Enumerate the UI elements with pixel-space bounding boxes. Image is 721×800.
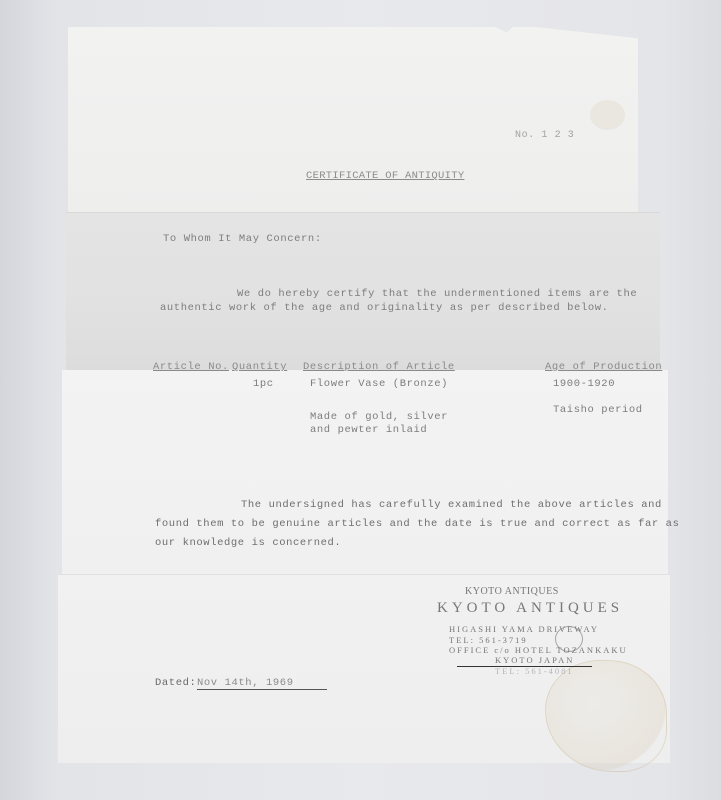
signature-line <box>457 666 592 667</box>
paper-fold-third <box>62 370 668 578</box>
row-age-line-3: Taisho period <box>553 404 643 416</box>
date-underline <box>197 689 327 690</box>
issuer-address-line-4: KYOTO JAPAN <box>495 655 574 665</box>
statement-line-3: our knowledge is concerned. <box>155 537 341 549</box>
issuer-address-line-2: TEL: 561-3719 <box>449 635 528 645</box>
issuer-address-line-5: TEL: 561-4081 <box>495 666 574 676</box>
row-description-line-3: Made of gold, silver <box>310 411 448 423</box>
row-quantity: 1pc <box>253 378 274 390</box>
row-description-line-1: Flower Vase (Bronze) <box>310 378 448 390</box>
document-title: CERTIFICATE OF ANTIQUITY <box>306 170 464 182</box>
issuer-name-large: KYOTO ANTIQUES <box>437 600 623 617</box>
row-description-line-4: and pewter inlaid <box>310 424 427 436</box>
issuer-name-small: KYOTO ANTIQUES <box>465 586 559 597</box>
statement-line-2: found them to be genuine articles and th… <box>155 518 679 530</box>
row-age-line-1: 1900-1920 <box>553 378 615 390</box>
salutation: To Whom It May Concern: <box>163 233 322 245</box>
certificate-paper: No. 1 2 3 CERTIFICATE OF ANTIQUITY To Wh… <box>0 0 721 800</box>
dated-label: Dated: <box>155 677 196 689</box>
water-stain-top <box>590 100 625 130</box>
certification-line-2: authentic work of the age and originalit… <box>160 302 609 314</box>
dated-value: Nov 14th, 1969 <box>197 677 294 689</box>
seal-stamp-icon <box>555 626 583 652</box>
header-age: Age of Production <box>545 361 662 373</box>
issuer-address-line-3: OFFICE c/o HOTEL TOZANKAKU <box>449 645 628 655</box>
reference-number: No. 1 2 3 <box>515 130 574 141</box>
header-article-no: Article No. <box>153 361 229 373</box>
paper-fold-top <box>68 27 638 217</box>
header-description: Description of Article <box>303 361 455 373</box>
statement-line-1: The undersigned has carefully examined t… <box>241 499 662 511</box>
certification-line-1: We do hereby certify that the undermenti… <box>237 288 637 300</box>
header-quantity: Quantity <box>232 361 287 373</box>
